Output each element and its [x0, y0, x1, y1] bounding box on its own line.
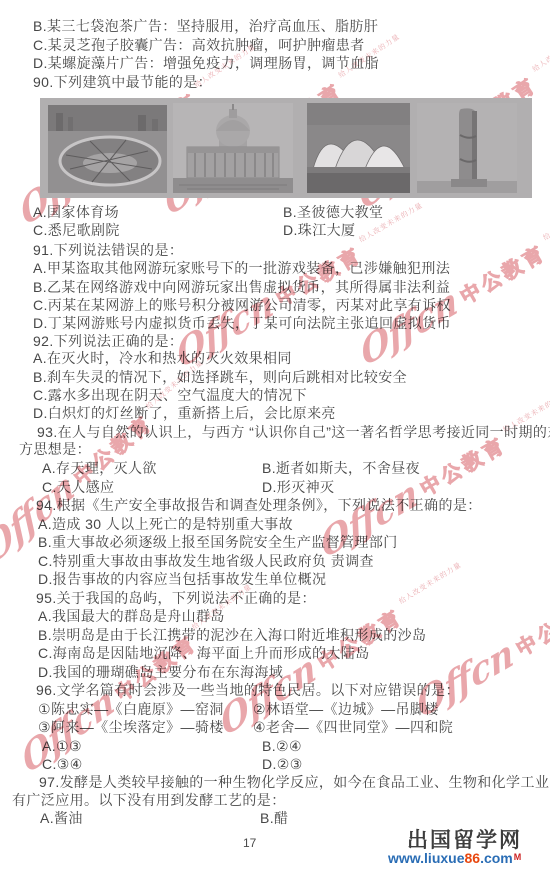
- q90-photo-strip: [40, 98, 532, 198]
- url-number: 86: [465, 850, 481, 866]
- q94-stem: 94.根据《生产安全事故报告和调查处理条例》，下列说法不正确的是：: [36, 497, 482, 514]
- q93-option-d: D.形灭神灭: [262, 479, 334, 496]
- q90-option-a: A.国家体育场: [33, 204, 119, 221]
- q92-option-c: C.露水多出现在阴天、空气温度大的情况下: [33, 387, 307, 404]
- q94-option-c: C.特别重大事故由事故发生地省级人民政府负 责调查: [38, 553, 374, 570]
- q94-option-d: D.报告事故的内容应当包括事故发生单位概况: [38, 571, 326, 588]
- scanned-exam-page: B.某三七袋泡茶广告：坚持服用，治疗高血压、脂肪肝 C.某灵芝孢子胶囊广告：高效…: [0, 0, 550, 872]
- offcn-tagline: 给人改变未来的力量: [397, 560, 463, 607]
- q94-option-b: B.重大事故必须逐级上报至国务院安全生产监督管理部门: [38, 534, 398, 551]
- url-prefix: www.liuxue: [388, 850, 465, 866]
- q96-pair-3: ③阿来—《尘埃落定》—骑楼: [38, 719, 224, 736]
- q89-option-d: D.某螺旋藻片广告：增强免疫力，调理肠胃，调节血脂: [33, 55, 379, 72]
- q96-option-a: A.①③: [42, 738, 82, 755]
- q91-option-c: C.丙某在某网游上的账号积分被网游公司清零，丙某对此享有诉权: [33, 297, 451, 314]
- q89-option-b: B.某三七袋泡茶广告：坚持服用，治疗高血压、脂肪肝: [33, 18, 378, 35]
- q90-stem: 90.下列建筑中最节能的是：: [33, 74, 212, 91]
- url-red-mark: M: [514, 852, 522, 862]
- offcn-tagline: 给人改变未来的力量: [531, 26, 550, 75]
- q95-stem: 95.关于我国的岛屿，下列说法不正确的是：: [36, 590, 316, 607]
- q95-option-c: C.海南岛是因陆地沉降、海平面上升而形成的大陆岛: [38, 645, 370, 662]
- q91-stem: 91.下列说法错误的是：: [33, 242, 183, 259]
- pearl-river-tower-photo: [417, 103, 517, 193]
- q90-option-c: C.悉尼歌剧院: [33, 222, 120, 239]
- url-tld: .com: [480, 850, 513, 866]
- q96-option-b: B.②④: [262, 738, 302, 755]
- birds-nest-stadium-photo: [48, 105, 167, 193]
- q91-option-d: D.丁某网游账号内虚拟货币丢失，丁某可向法院主张追回虚拟货币: [33, 315, 451, 332]
- q91-option-a: A.甲某盗取其他网游玩家账号下的一批游戏装备，已涉嫌触犯刑法: [33, 260, 450, 277]
- q92-option-a: A.在灭火时，冷水和热水的灭火效果相同: [33, 350, 292, 367]
- q92-option-d: D.白炽灯的灯丝断了，重新搭上后，会比原来亮: [33, 405, 336, 422]
- q93-option-b: B.逝者如斯夫，不舍昼夜: [262, 460, 420, 477]
- q93-option-c: C.天人感应: [42, 479, 114, 496]
- page-number: 17: [243, 836, 256, 850]
- q95-option-b: B.崇明岛是由于长江携带的泥沙在入海口附近堆积形成的沙岛: [38, 627, 426, 644]
- sydney-opera-house-photo: [307, 103, 410, 193]
- q93-stem-line-2: 方思想是：: [19, 441, 91, 458]
- q93-stem-line-1: 93.在人与自然的认识上，与西方 “认识你自己”这一著名哲学思考接近同一时期的东: [37, 424, 550, 441]
- q96-pair-2: ②林语堂—《边城》—吊脚楼: [253, 701, 439, 718]
- q91-option-b: B.乙某在网络游戏中向网游玩家出售虚拟货币，其所得属非法利益: [33, 279, 450, 296]
- q94-option-a: A.造成 30 人以上死亡的是特别重大事故: [38, 516, 293, 533]
- q96-pair-4: ④老舍—《四世同堂》—四和院: [253, 719, 453, 736]
- q96-pair-1: ①陈忠实—《白鹿原》—窑洞: [38, 701, 224, 718]
- q97-stem-line-2: 有广泛应用。以下没有用到发酵工艺的是：: [12, 792, 286, 809]
- offcn-tagline: 给人改变未来的力量: [541, 198, 550, 243]
- offcn-brand-text: 中公教育: [454, 236, 550, 309]
- q90-option-b: B.圣彼德大教堂: [283, 204, 383, 221]
- q95-option-a: A.我国最大的群岛是舟山群岛: [38, 608, 225, 625]
- q96-option-d: D.②③: [262, 756, 303, 773]
- offcn-brand-text: 中公教育: [510, 588, 550, 661]
- liuxue86-site-url: www.liuxue86.comM: [388, 850, 521, 866]
- q90-option-d: D.珠江大厦: [283, 222, 355, 239]
- q96-option-c: C.③④: [42, 756, 83, 773]
- q89-option-c: C.某灵芝孢子胶囊广告：高效抗肿瘤，呵护肿瘤患者: [33, 37, 365, 54]
- q93-option-a: A.存天理，灭人欲: [42, 460, 157, 477]
- q95-option-d: D.我国的珊瑚礁岛主要分布在东海海域: [38, 664, 283, 681]
- q97-option-b: B.醋: [260, 810, 288, 827]
- q92-stem: 92.下列说法正确的是：: [33, 333, 183, 350]
- st-peters-basilica-photo: [173, 103, 293, 193]
- q97-option-a: A.酱油: [40, 810, 83, 827]
- q92-option-b: B.刹车失灵的情况下，如选择跳车，则向后跳相对比较安全: [33, 369, 407, 386]
- q97-stem-line-1: 97.发酵是人类较早接触的一种生物化学反应，如今在食品工业、生物和化学工业中均: [39, 774, 550, 791]
- q96-stem: 96.文学名篇有时会涉及一些当地的特色民居。以下对应错误的是：: [36, 682, 460, 699]
